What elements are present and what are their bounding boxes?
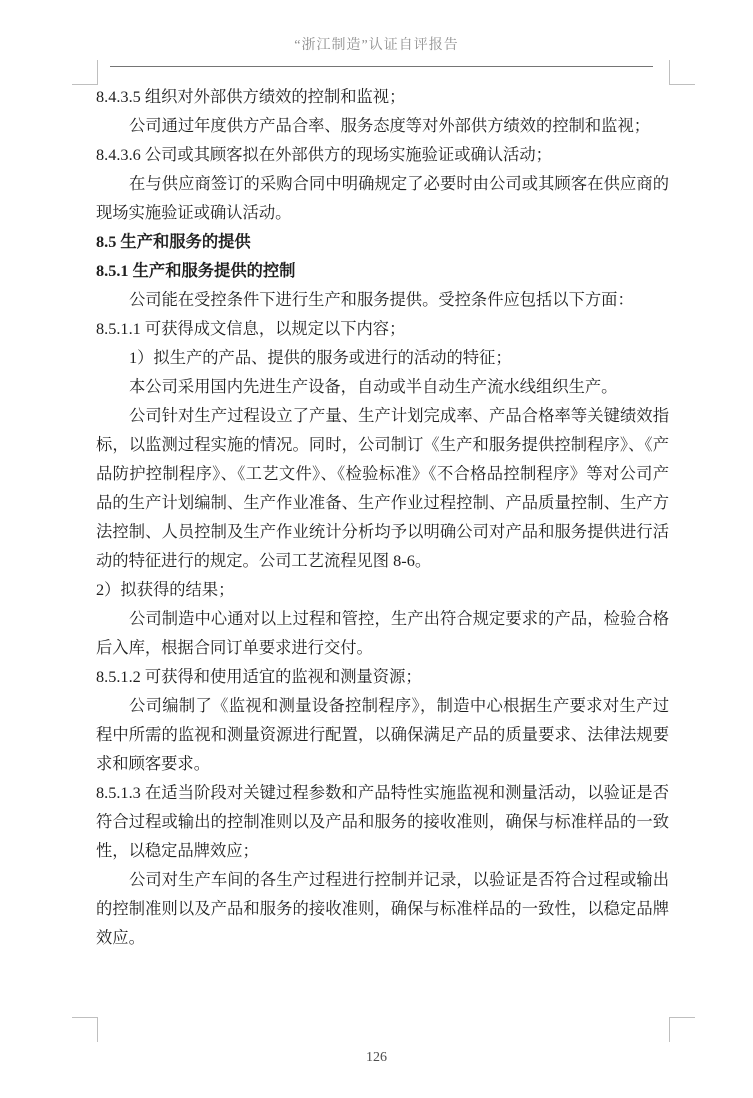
body-paragraph: 公司通过年度供方产品合率、服务态度等对外部供方绩效的控制和监视； (96, 111, 669, 140)
crop-mark-top-left (72, 60, 98, 85)
section-heading: 8.5 生产和服务的提供 (96, 227, 669, 256)
section-heading: 8.5.1 生产和服务提供的控制 (96, 256, 669, 285)
body-paragraph: 公司制造中心通对以上过程和管控，生产出符合规定要求的产品，检验合格后入库，根据合… (96, 604, 669, 662)
clause-paragraph: 2）拟获得的结果； (96, 575, 669, 604)
clause-paragraph: 8.4.3.6 公司或其顾客拟在外部供方的现场实施验证或确认活动； (96, 140, 669, 169)
page-footer: 126 (0, 1048, 753, 1066)
body-paragraph: 公司对生产车间的各生产过程进行控制并记录，以验证是否符合过程或输出的控制准则以及… (96, 865, 669, 952)
crop-mark-top-right (669, 60, 695, 85)
clause-paragraph: 8.5.1.3 在适当阶段对关键过程参数和产品特性实施监视和测量活动，以验证是否… (96, 778, 669, 865)
body-paragraph: 公司能在受控条件下进行生产和服务提供。受控条件应包括以下方面： (96, 285, 669, 314)
page-header-title: “浙江制造”认证自评报告 (0, 34, 753, 54)
crop-mark-bottom-right (669, 1017, 695, 1042)
body-paragraph: 1）拟生产的产品、提供的服务或进行的活动的特征； (96, 343, 669, 372)
header-rule (110, 66, 653, 67)
body-paragraph: 公司针对生产过程设立了产量、生产计划完成率、产品合格率等关键绩效指标，以监测过程… (96, 401, 669, 575)
document-body: 8.4.3.5 组织对外部供方绩效的控制和监视；公司通过年度供方产品合率、服务态… (96, 82, 669, 952)
clause-paragraph: 8.4.3.5 组织对外部供方绩效的控制和监视； (96, 82, 669, 111)
body-paragraph: 本公司采用国内先进生产设备，自动或半自动生产流水线组织生产。 (96, 372, 669, 401)
page-number: 126 (366, 1050, 387, 1065)
clause-paragraph: 8.5.1.1 可获得成文信息，以规定以下内容； (96, 314, 669, 343)
crop-mark-bottom-left (72, 1017, 98, 1042)
clause-paragraph: 8.5.1.2 可获得和使用适宜的监视和测量资源； (96, 662, 669, 691)
document-page: “浙江制造”认证自评报告 8.4.3.5 组织对外部供方绩效的控制和监视；公司通… (0, 0, 753, 1098)
body-paragraph: 公司编制了《监视和测量设备控制程序》，制造中心根据生产要求对生产过程中所需的监视… (96, 691, 669, 778)
body-paragraph: 在与供应商签订的采购合同中明确规定了必要时由公司或其顾客在供应商的现场实施验证或… (96, 169, 669, 227)
